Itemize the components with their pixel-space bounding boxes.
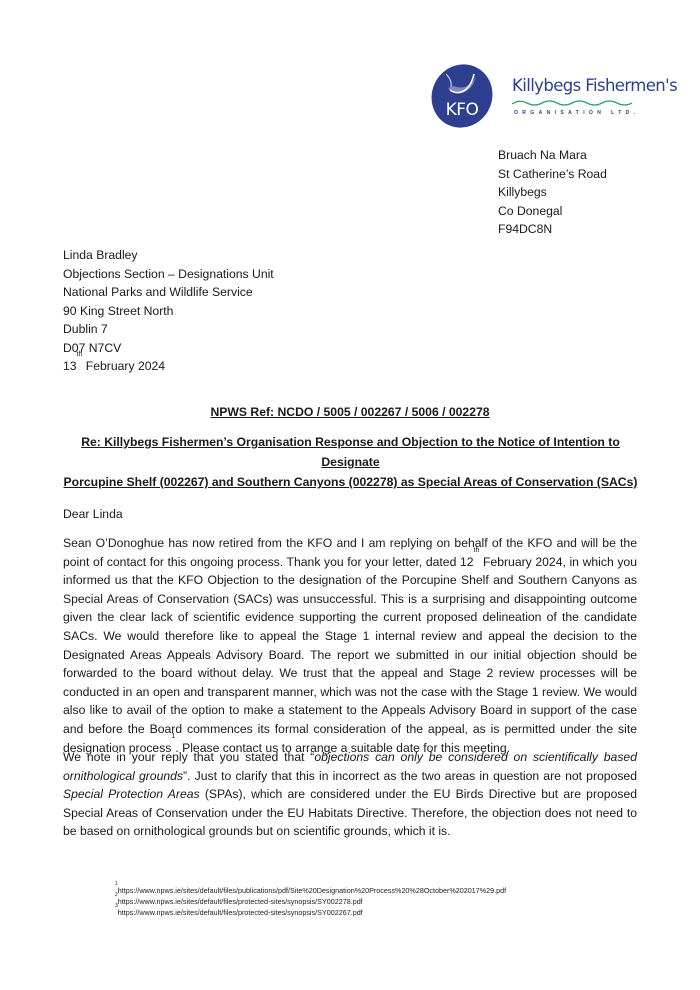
footnote-item: 2https://www.npws.ie/sites/default/files…	[115, 896, 506, 907]
date-day: 13	[63, 359, 77, 373]
ordinal-suffix: th	[474, 547, 480, 554]
fish-icon	[442, 68, 482, 102]
sender-address-line: F94DC8N	[498, 220, 607, 239]
sender-address-line: Killybegs	[498, 183, 607, 202]
recipient-name: Linda Bradley	[63, 246, 274, 265]
footnote-number: 1	[115, 881, 118, 887]
wave-icon	[512, 98, 634, 108]
sender-address: Bruach Na Mara St Catherine’s Road Killy…	[498, 146, 607, 239]
subject-heading: Re: Killybegs Fishermen’s Organisation R…	[63, 432, 638, 492]
recipient-address-line: National Parks and Wildlife Service	[63, 283, 274, 302]
footnote-number: 2	[115, 892, 118, 898]
footnote-reference[interactable]: 1	[171, 733, 175, 740]
paragraph-text: We note in your reply that you stated th…	[63, 750, 314, 764]
sender-address-line: Bruach Na Mara	[498, 146, 607, 165]
reference-line: NPWS Ref: NCDO / 5005 / 002267 / 5006 / …	[0, 405, 700, 419]
logo-organisation-name: Killybegs Fishermen's	[512, 76, 677, 95]
body-paragraph-2: We note in your reply that you stated th…	[63, 748, 637, 841]
salutation: Dear Linda	[63, 507, 123, 521]
logo-organisation-suffix: ORGANISATION LTD.	[514, 110, 639, 116]
footnote-link[interactable]: https://www.npws.ie/sites/default/files/…	[118, 897, 363, 906]
kfo-logo: KFO Killybegs Fishermen's ORGANISATION L…	[428, 64, 668, 130]
paragraph-text: ”. Just to clarify that this in incorrec…	[183, 769, 637, 783]
recipient-address-line: Dublin 7	[63, 320, 274, 339]
footnote-link[interactable]: https://www.npws.ie/sites/default/files/…	[118, 886, 506, 895]
date-day-suffix: th	[77, 351, 83, 358]
footnote-link[interactable]: https://www.npws.ie/sites/default/files/…	[118, 908, 363, 917]
recipient-address-line: Objections Section – Designations Unit	[63, 265, 274, 284]
recipient-address-line: D07 N7CV	[63, 339, 274, 358]
footnote-number: 3	[115, 903, 118, 909]
italic-term: Special Protection Areas	[63, 787, 200, 801]
sender-address-line: Co Donegal	[498, 202, 607, 221]
footnote-item: 1https://www.npws.ie/sites/default/files…	[115, 885, 506, 896]
subject-line-1: Re: Killybegs Fishermen’s Organisation R…	[63, 432, 638, 472]
date-rest: February 2024	[82, 359, 165, 373]
footnotes: 1https://www.npws.ie/sites/default/files…	[115, 885, 506, 918]
subject-line-2: Porcupine Shelf (002267) and Southern Ca…	[63, 472, 638, 492]
logo-initials: KFO	[438, 100, 486, 120]
footnote-item: 3https://www.npws.ie/sites/default/files…	[115, 907, 506, 918]
body-paragraph-1: Sean O’Donoghue has now retired from the…	[63, 534, 637, 757]
letter-date: 13th February 2024	[63, 357, 274, 376]
paragraph-text: February 2024, in which you informed us …	[63, 555, 637, 755]
sender-address-line: St Catherine’s Road	[498, 165, 607, 184]
recipient-block: Linda Bradley Objections Section – Desig…	[63, 246, 274, 376]
recipient-address-line: 90 King Street North	[63, 302, 274, 321]
